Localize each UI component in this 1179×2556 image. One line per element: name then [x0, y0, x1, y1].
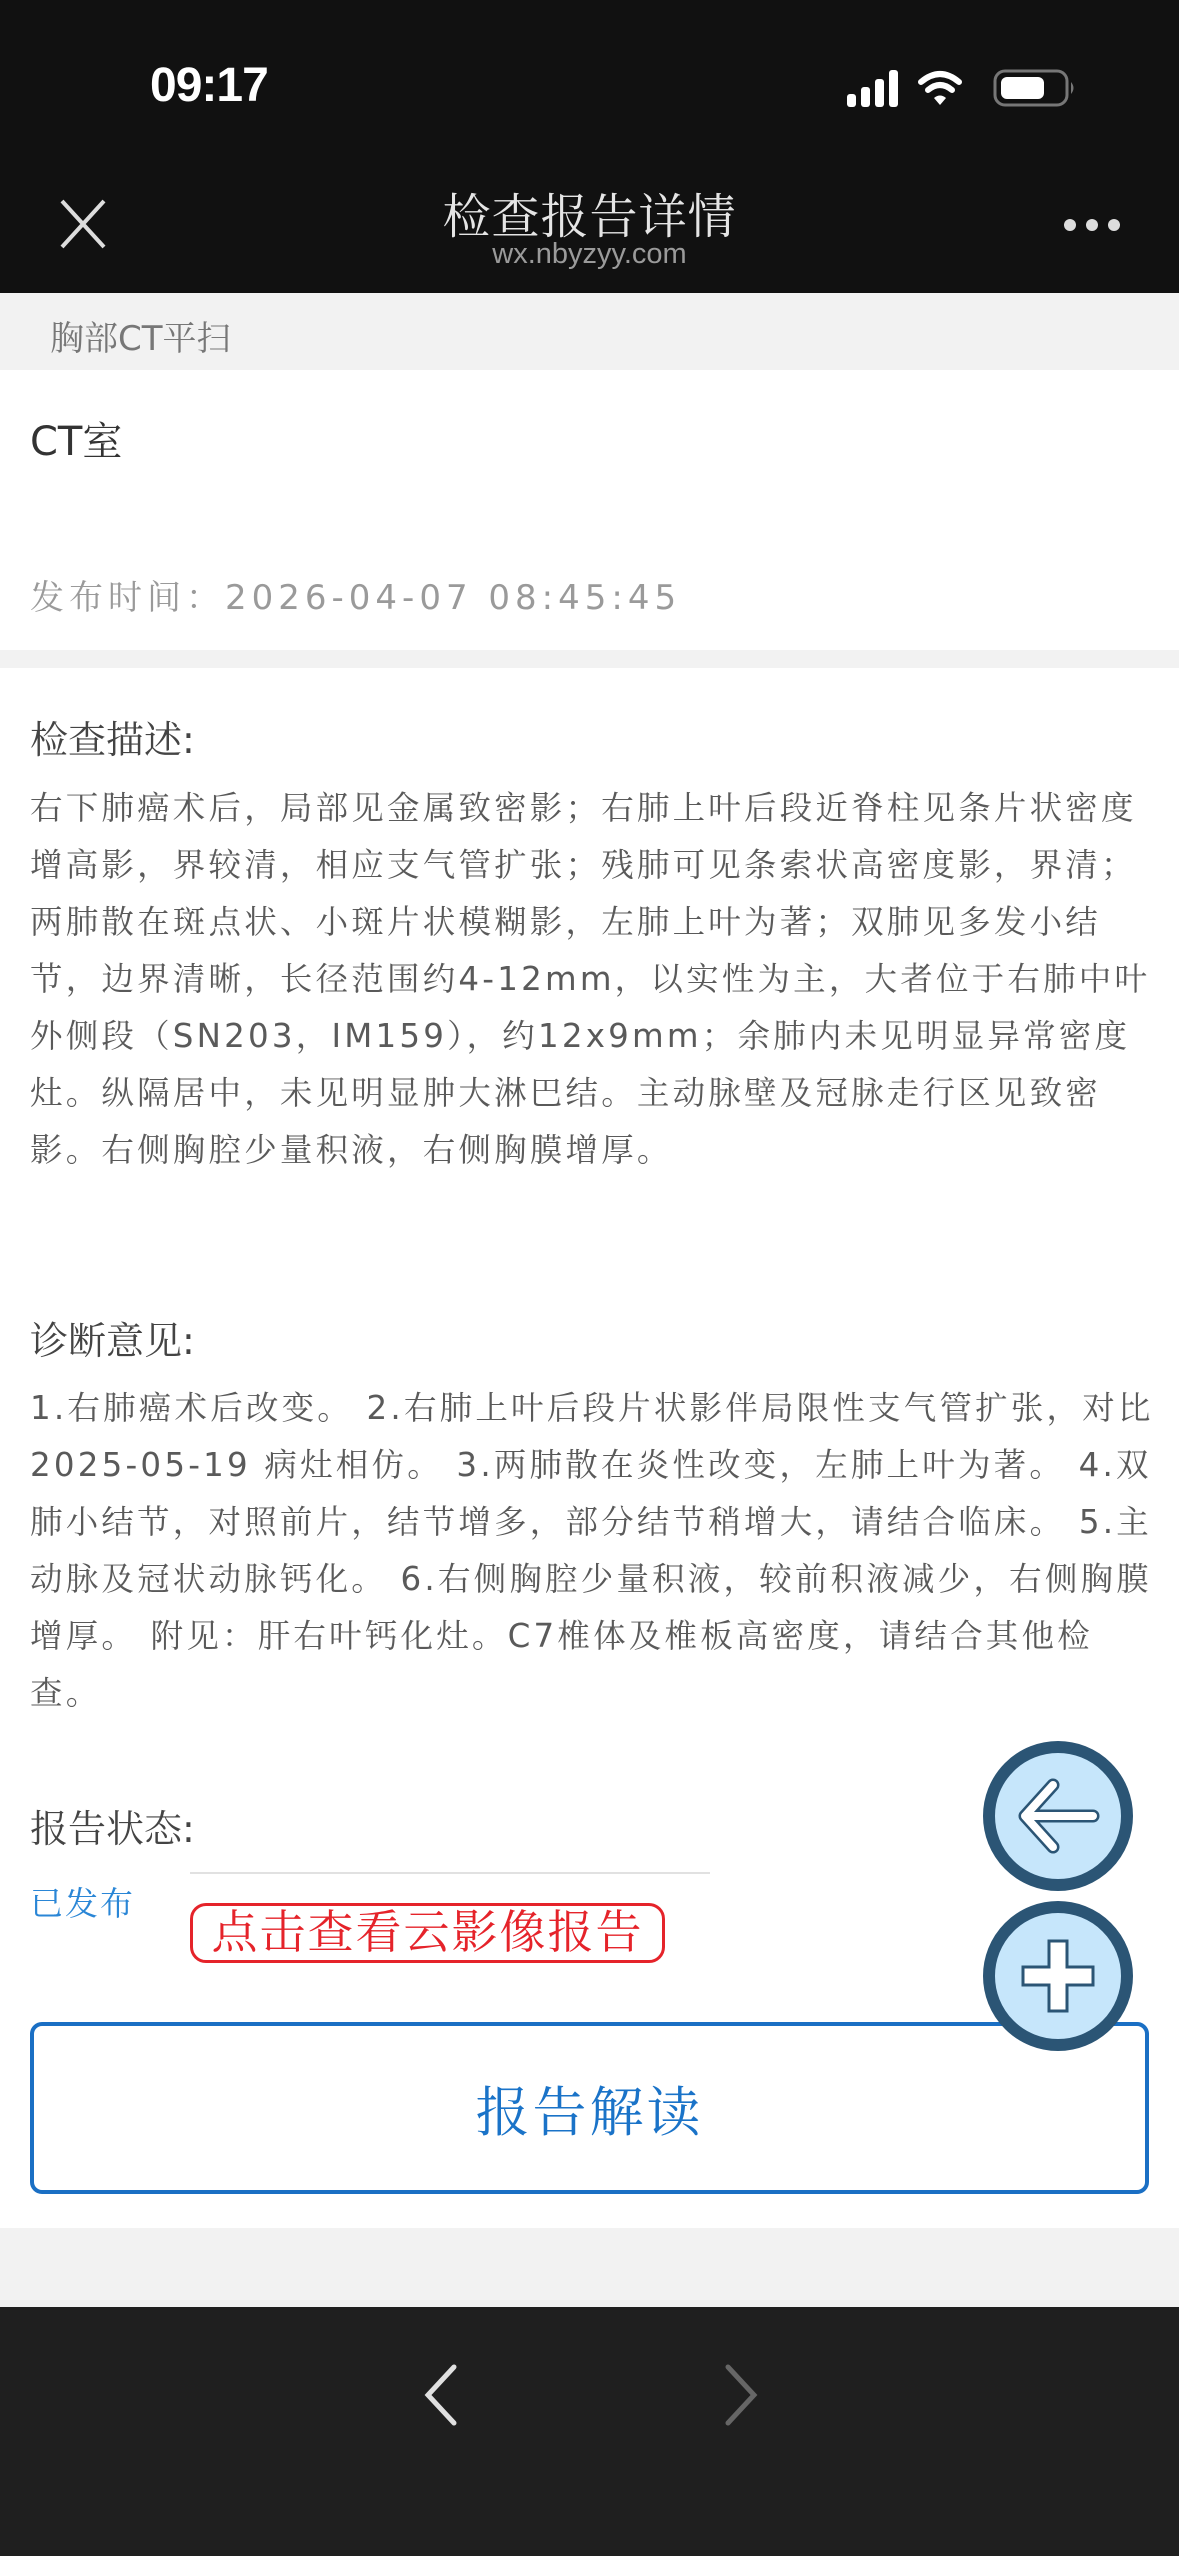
- top-chrome: 09:17 检查报告详情 wx.nbyzyy.co: [0, 0, 1179, 293]
- department: CT室: [30, 410, 122, 467]
- report-status-title: 报告状态:: [30, 1798, 195, 1853]
- diagnosis-text: 1.右肺癌术后改变。 2.右肺上叶后段片状影伴局限性支气管扩张，对比2025-0…: [30, 1380, 1155, 1722]
- cellular-signal-icon: [847, 70, 898, 107]
- battery-icon: [995, 71, 1074, 105]
- exam-bar: 胸部CT平扫: [0, 293, 1179, 370]
- diagnosis-title: 诊断意见:: [30, 1310, 195, 1365]
- forward-nav-button[interactable]: [710, 2359, 770, 2429]
- status-icons: [845, 68, 1085, 108]
- floating-back-button[interactable]: [983, 1741, 1133, 1891]
- status-time: 09:17: [150, 58, 268, 113]
- report-interpret-button[interactable]: 报告解读: [30, 2022, 1149, 2194]
- arrow-left-icon: [995, 1753, 1121, 1879]
- divider: [190, 1872, 710, 1874]
- chevron-right-icon: [710, 2359, 770, 2429]
- publish-time-row: 发布时间：2026-04-07 08:45:45: [30, 570, 681, 619]
- status-badge: 已发布: [30, 1878, 135, 1925]
- description-title: 检查描述:: [30, 709, 195, 764]
- description-text: 右下肺癌术后，局部见金属致密影；右肺上叶后段近脊柱见条片状密度增高影，界较清，相…: [30, 780, 1155, 1179]
- floating-add-button[interactable]: [983, 1901, 1133, 2051]
- publish-time: 2026-04-07 08:45:45: [225, 578, 681, 618]
- report-header-card: CT室 发布时间：2026-04-07 08:45:45: [0, 370, 1179, 650]
- exam-name: 胸部CT平扫: [50, 311, 231, 360]
- plus-icon: [995, 1913, 1121, 2039]
- more-icon: [1060, 210, 1130, 240]
- page-domain: wx.nbyzyy.com: [0, 238, 1179, 271]
- publish-label: 发布时间：: [30, 578, 225, 618]
- back-nav-button[interactable]: [410, 2359, 470, 2429]
- wifi-icon: [921, 74, 959, 105]
- chevron-left-icon: [410, 2359, 470, 2429]
- bottom-nav-bar: [0, 2307, 1179, 2556]
- more-button[interactable]: [1060, 210, 1130, 240]
- cloud-image-report-link[interactable]: 点击查看云影像报告: [190, 1903, 665, 1963]
- page-title: 检查报告详情: [0, 178, 1179, 247]
